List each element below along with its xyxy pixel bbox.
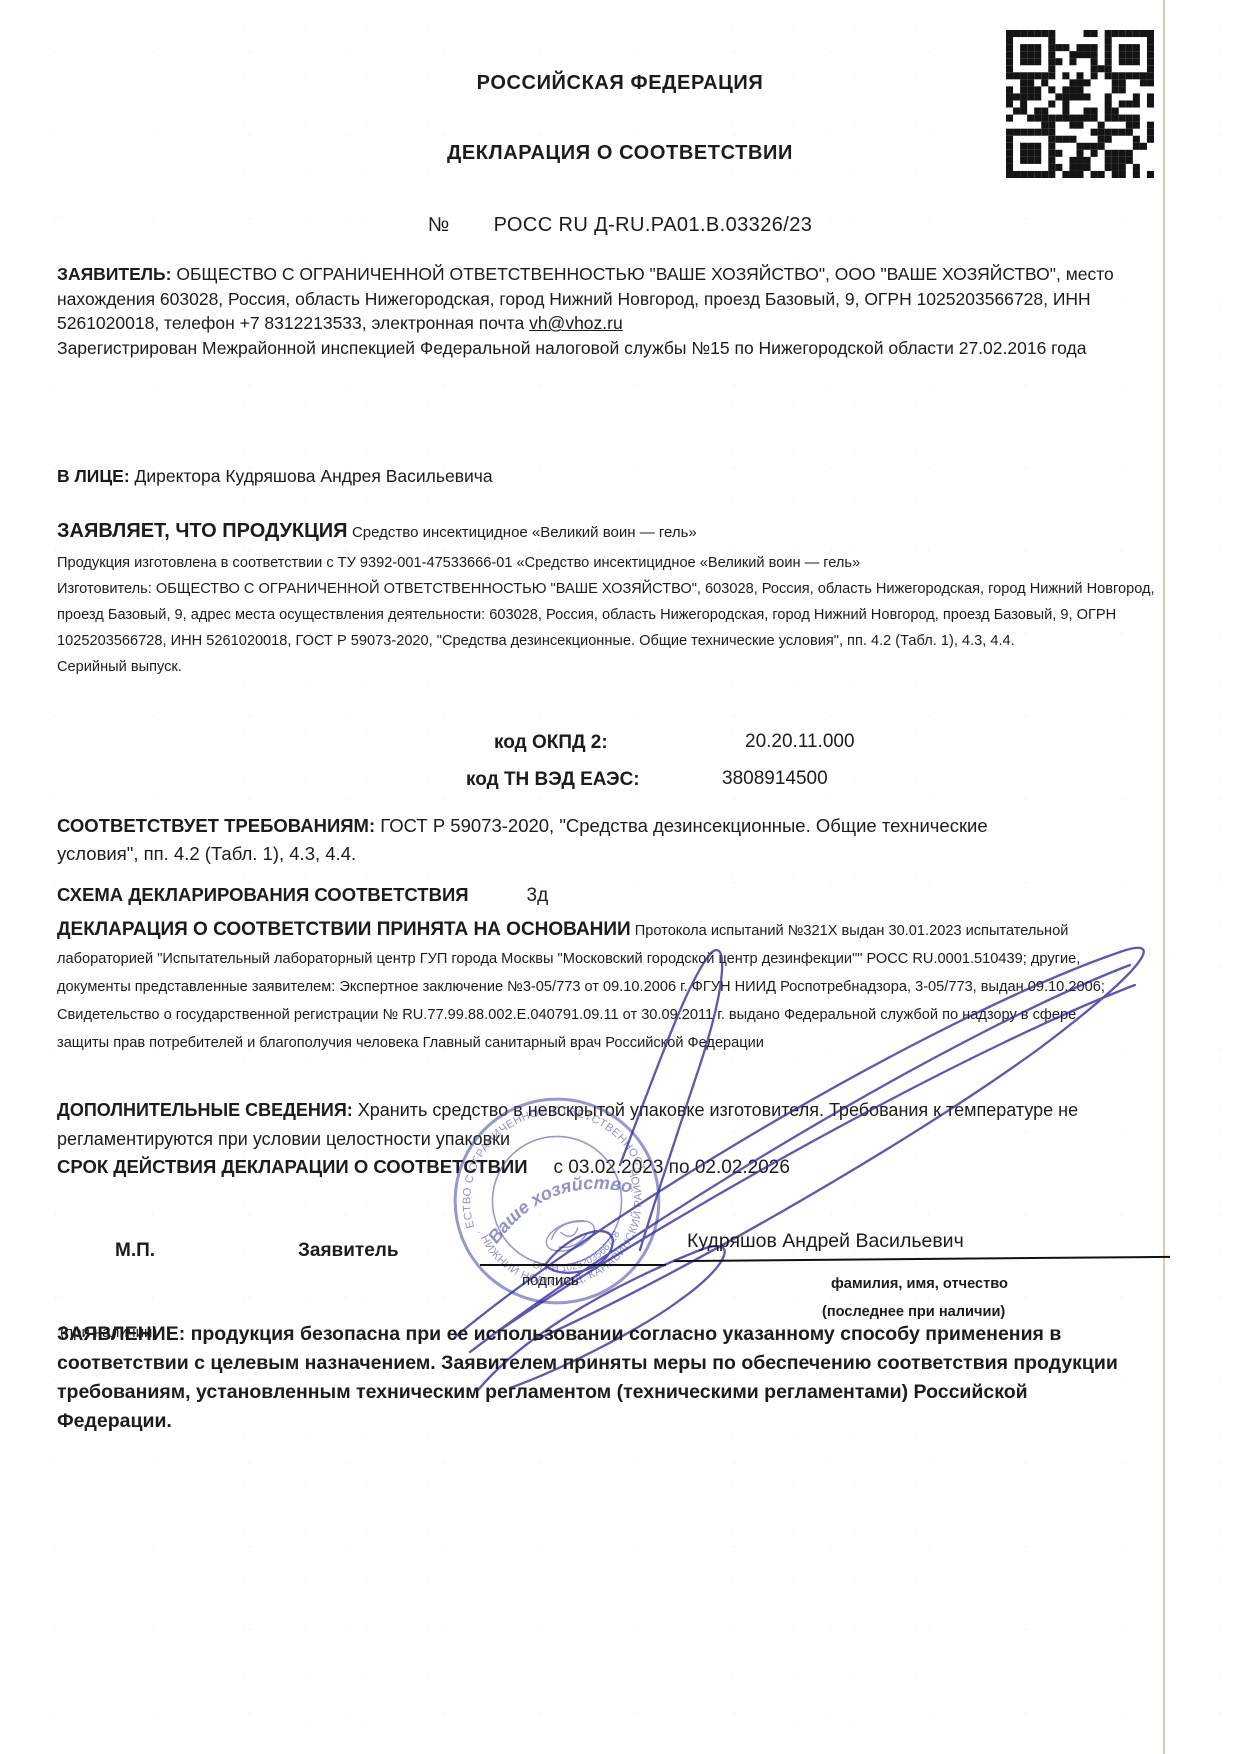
statement-label: ЗАЯВЛЕНИЕ: xyxy=(57,1323,185,1345)
applicant-registration: Зарегистрирован Межрайонной инспекцией Ф… xyxy=(57,336,1169,361)
product-details: Продукция изготовлена в соответствии с Т… xyxy=(57,550,1182,680)
okpd-label: код ОКПД 2: xyxy=(494,732,608,754)
signer-name: Кудряшов Андрей Васильевич xyxy=(687,1230,964,1253)
signature-line xyxy=(480,1264,666,1266)
applicant-signer-label: Заявитель xyxy=(298,1240,399,1262)
in-person-section: В ЛИЦЕ: Директора Кудряшова Андрея Васил… xyxy=(57,464,1157,489)
applicant-email: vh@vhoz.ru xyxy=(529,313,623,333)
compliance-label: СООТВЕТСТВУЕТ ТРЕБОВАНИЯМ: xyxy=(57,815,375,836)
okpd-value: 20.20.11.000 xyxy=(745,731,855,753)
doc-title: ДЕКЛАРАЦИЯ О СООТВЕТСТВИИ xyxy=(0,142,1240,165)
product-name: Средство инсектицидное «Великий воин — г… xyxy=(352,524,697,541)
stamp-seal: ОБЩЕСТВО С ОГРАНИЧЕННОЙ ОТВЕТСТВЕННОСТЬЮ… xyxy=(401,1045,714,1358)
tnved-value: 3808914500 xyxy=(722,768,828,790)
in-person-text: Директора Кудряшова Андрея Васильевича xyxy=(135,466,493,486)
scheme-value: 3д xyxy=(527,885,549,906)
compliance-section: СООТВЕТСТВУЕТ ТРЕБОВАНИЯМ: ГОСТ Р 59073-… xyxy=(57,812,1072,867)
basis-section: ДЕКЛАРАЦИЯ О СООТВЕТСТВИИ ПРИНЯТА НА ОСН… xyxy=(57,916,1127,1057)
additional-label: ДОПОЛНИТЕЛЬНЫЕ СВЕДЕНИЯ: xyxy=(57,1100,353,1120)
name-caption-1: фамилия, имя, отчество xyxy=(831,1276,1008,1292)
serial-note: Серийный выпуск. xyxy=(57,654,1182,680)
number-value: РОСС RU Д-RU.РА01.В.03326/23 xyxy=(494,214,813,236)
declares-section: ЗАЯВЛЯЕТ, ЧТО ПРОДУКЦИЯ Средство инсекти… xyxy=(57,520,1182,680)
name-caption-2: (последнее при наличии) xyxy=(822,1304,1005,1320)
stamp-emblem xyxy=(542,1215,598,1258)
name-line xyxy=(674,1256,1170,1262)
country-header: РОССИЙСКАЯ ФЕДЕРАЦИЯ xyxy=(0,72,1240,95)
scheme-label: СХЕМА ДЕКЛАРИРОВАНИЯ СООТВЕТСТВИЯ xyxy=(57,884,469,905)
statement-text: продукция безопасна при ее использовании… xyxy=(57,1323,1118,1432)
document-page: РОССИЙСКАЯ ФЕДЕРАЦИЯ ДЕКЛАРАЦИЯ О СООТВЕ… xyxy=(0,0,1240,1754)
mp-label: М.П. xyxy=(115,1240,155,1262)
number-sign: № xyxy=(428,214,450,236)
in-person-label: В ЛИЦЕ: xyxy=(57,466,130,486)
scheme-section: СХЕМА ДЕКЛАРИРОВАНИЯ СООТВЕТСТВИЯ3д xyxy=(57,884,548,907)
applicant-section: ЗАЯВИТЕЛЬ: ОБЩЕСТВО С ОГРАНИЧЕННОЙ ОТВЕТ… xyxy=(57,262,1169,360)
applicant-label: ЗАЯВИТЕЛЬ: xyxy=(57,264,171,284)
basis-text: Протокола испытаний №321Х выдан 30.01.20… xyxy=(57,923,1105,1051)
declaration-number: №РОСС RU Д-RU.РА01.В.03326/23 xyxy=(0,214,1240,237)
made-in-accordance: Продукция изготовлена в соответствии с Т… xyxy=(57,550,1182,576)
statement-section: ЗАЯВЛЕНИЕ: продукция безопасна при ее ис… xyxy=(57,1320,1135,1436)
tnved-label: код ТН ВЭД ЕАЭС: xyxy=(466,769,640,791)
declares-label: ЗАЯВЛЯЕТ, ЧТО ПРОДУКЦИЯ xyxy=(57,520,348,542)
signature-caption: подпись xyxy=(522,1272,579,1289)
manufacturer-details: Изготовитель: ОБЩЕСТВО С ОГРАНИЧЕННОЙ ОТ… xyxy=(57,576,1182,654)
basis-label: ДЕКЛАРАЦИЯ О СООТВЕТСТВИИ ПРИНЯТА НА ОСН… xyxy=(57,919,631,940)
